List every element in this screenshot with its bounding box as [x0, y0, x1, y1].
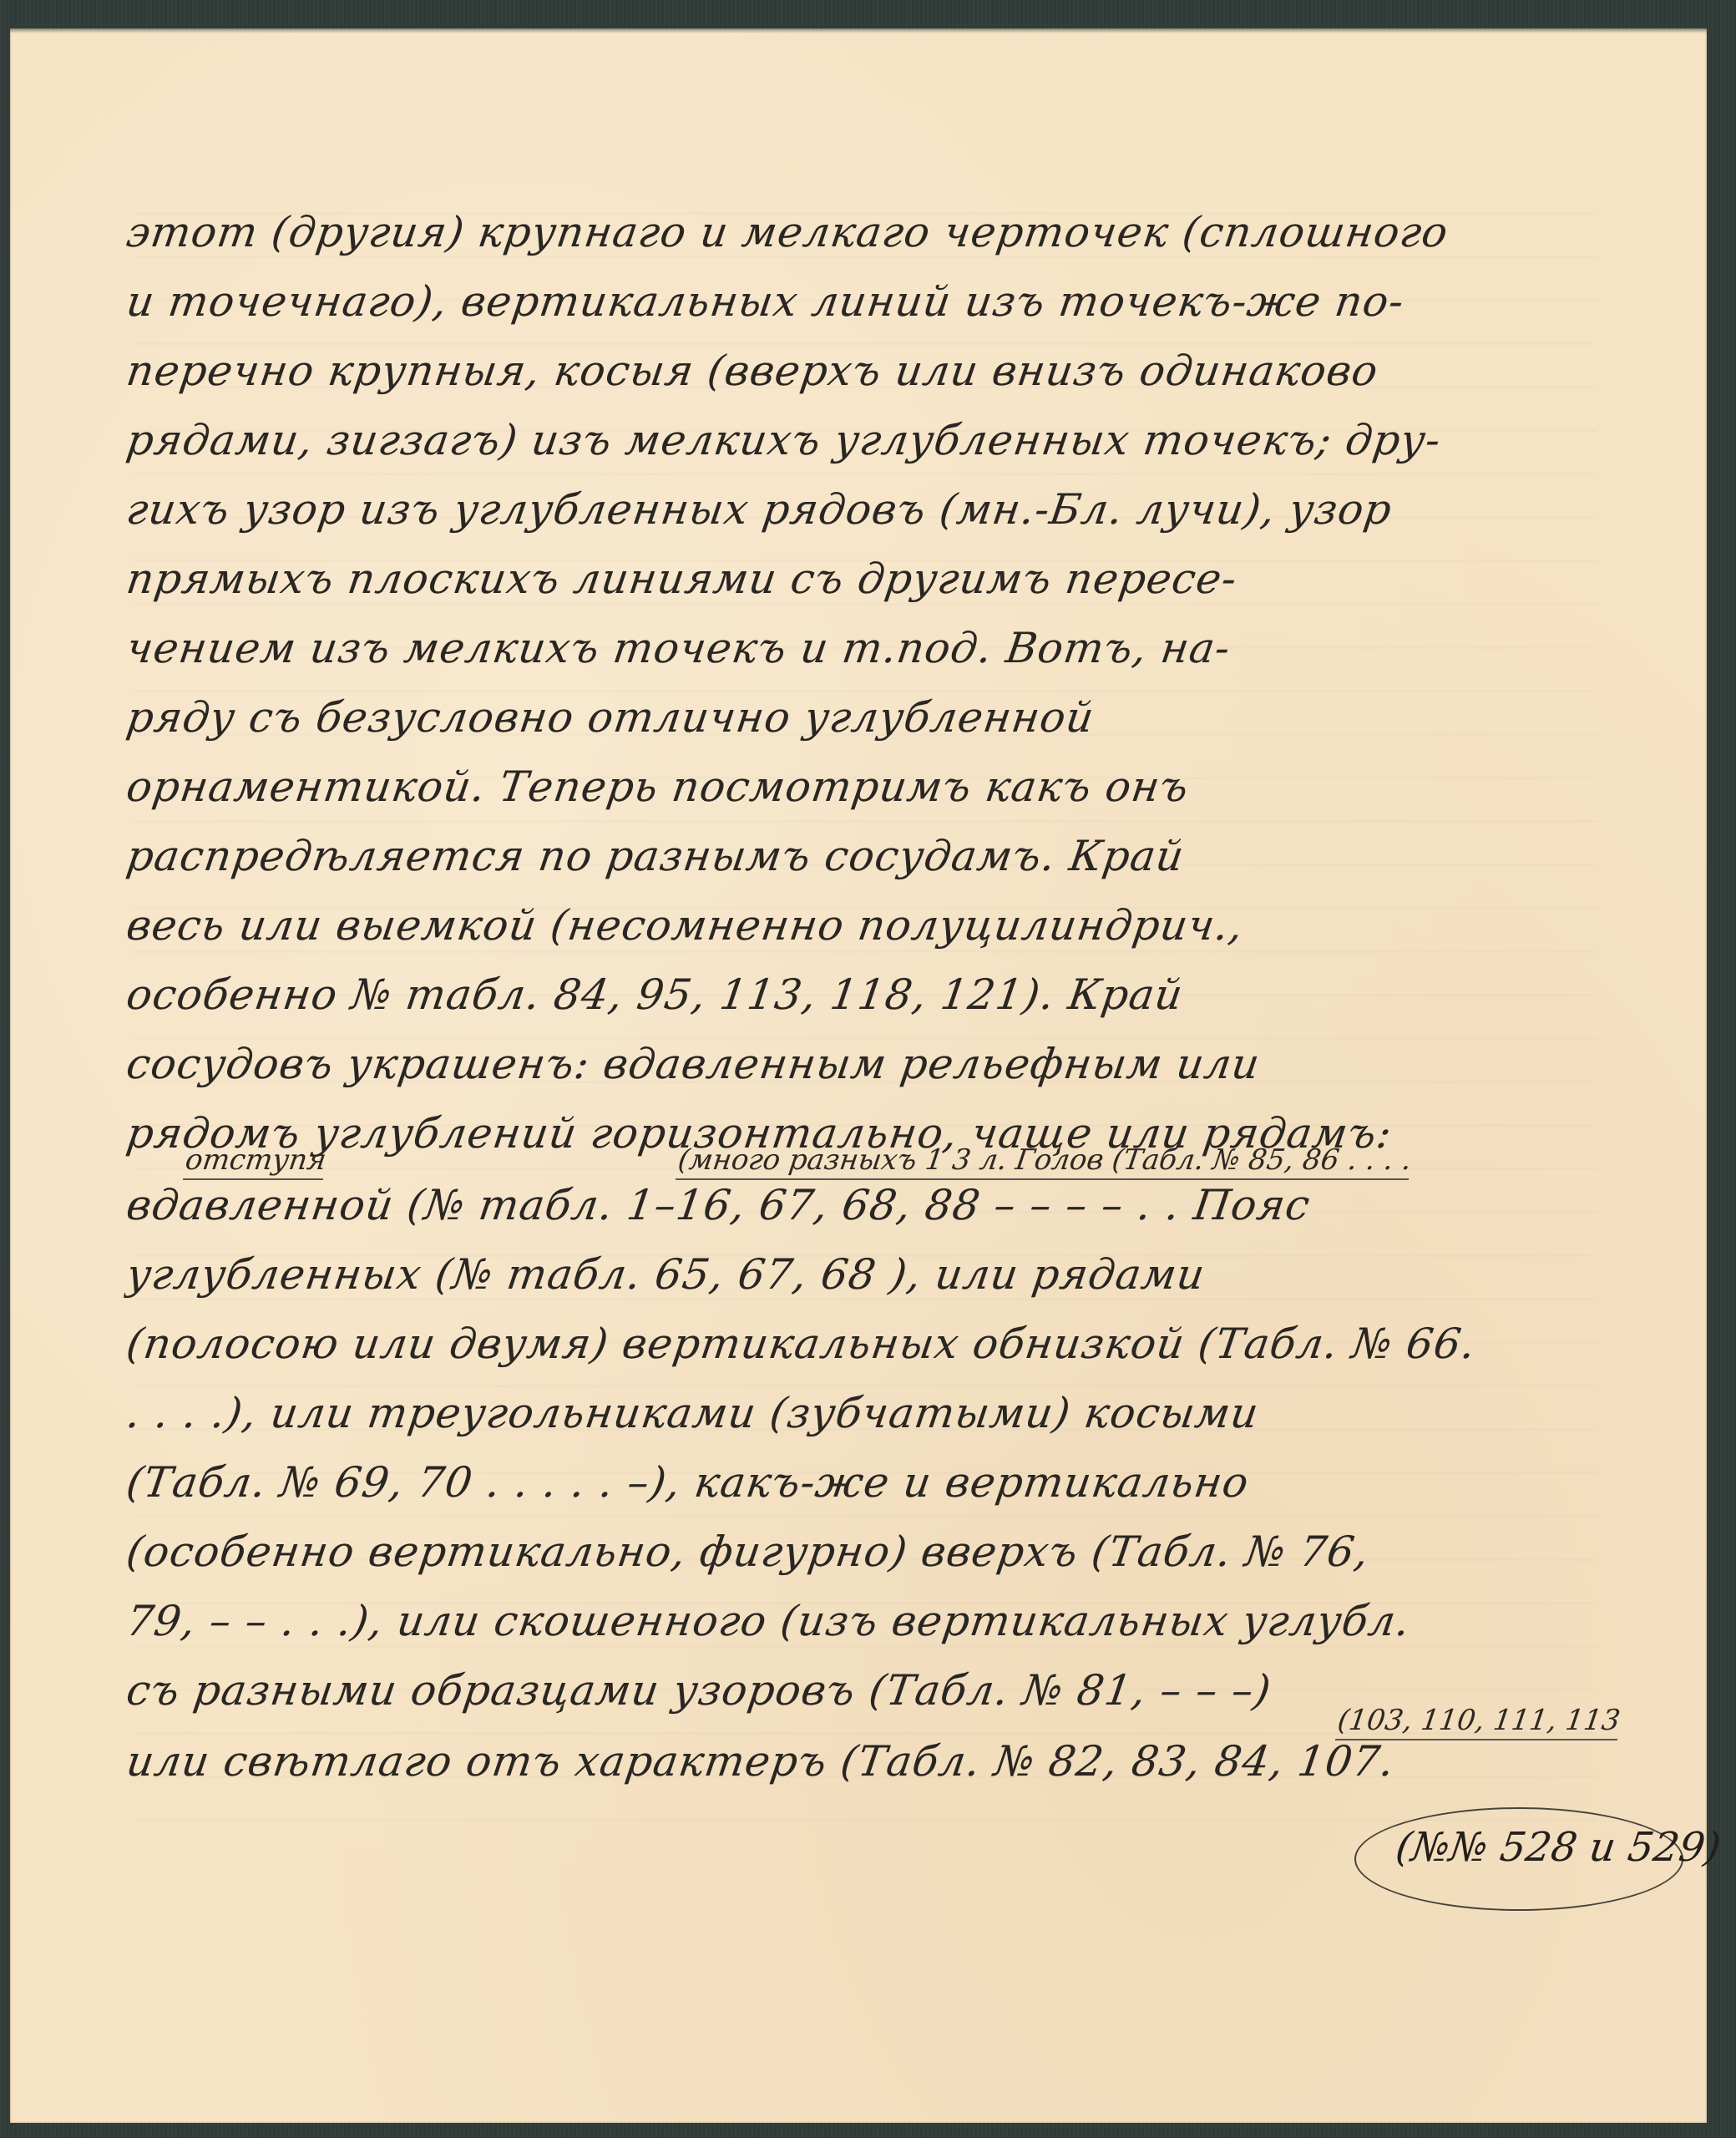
interlinear-insert-otstupya: отступя — [183, 1143, 328, 1180]
handwritten-line-17: (полосою или двумя) вертикальных обнизко… — [124, 1320, 1683, 1368]
handwritten-line-20: (особенно вертикально, фигурно) вверхъ (… — [124, 1528, 1683, 1576]
handwritten-line-9: орнаментикой. Теперь посмотримъ какъ онъ — [124, 762, 1683, 811]
interlinear-insert-table-103-113: (103, 110, 111, 113 — [1335, 1704, 1622, 1740]
circled-note-numbers: (№№ 528 и 529) — [1393, 1824, 1723, 1871]
handwritten-line-10: распредѣляется по разнымъ сосудамъ. Край — [124, 832, 1683, 880]
handwritten-line-12: особенно № табл. 84, 95, 113, 118, 121).… — [124, 970, 1683, 1019]
handwritten-line-11: весь или выемкой (несомненно полуцилиндр… — [124, 901, 1683, 950]
handwritten-line-2: и точечнаго), вертикальных линий изъ точ… — [124, 277, 1683, 326]
handwritten-line-8: ряду съ безусловно отлично углубленной — [124, 693, 1683, 742]
handwritten-line-18: . . . .), или треугольниками (зубчатыми)… — [124, 1389, 1683, 1437]
handwritten-line-3: перечно крупныя, косыя (вверхъ или внизъ… — [124, 347, 1683, 395]
handwritten-line-6: прямыхъ плоскихъ линиями съ другимъ пере… — [124, 555, 1683, 603]
handwritten-line-16: углубленных (№ табл. 65, 67, 68 ), или р… — [124, 1250, 1683, 1299]
handwritten-line-1: этот (другия) крупнаго и мелкаго черточе… — [124, 208, 1683, 256]
torn-top-edge — [10, 28, 1707, 33]
handwritten-line-23: или свѣтлаго отъ характеръ (Табл. № 82, … — [124, 1737, 1683, 1786]
handwritten-line-4: рядами, зигзагъ) изъ мелкихъ углубленных… — [124, 416, 1683, 464]
manuscript-page: этот (другия) крупнаго и мелкаго черточе… — [10, 28, 1707, 2123]
handwritten-line-5: гихъ узор изъ углубленных рядовъ (мн.-Бл… — [124, 485, 1683, 534]
handwritten-line-19: (Табл. № 69, 70 . . . . . –), какъ-же и … — [124, 1458, 1683, 1507]
handwritten-line-15: вдавленной (№ табл. 1–16, 67, 68, 88 – –… — [124, 1181, 1683, 1229]
handwritten-line-13: сосудовъ украшенъ: вдавленным рельефным … — [124, 1040, 1683, 1088]
handwritten-line-21: 79, – – . . .), или скошенного (изъ верт… — [124, 1597, 1683, 1645]
handwritten-line-7: чением изъ мелкихъ точекъ и т.под. Вотъ,… — [124, 624, 1683, 672]
interlinear-insert-table-85-86: (много разныхъ 1 3 л. Голов (Табл. № 85,… — [676, 1143, 1414, 1180]
